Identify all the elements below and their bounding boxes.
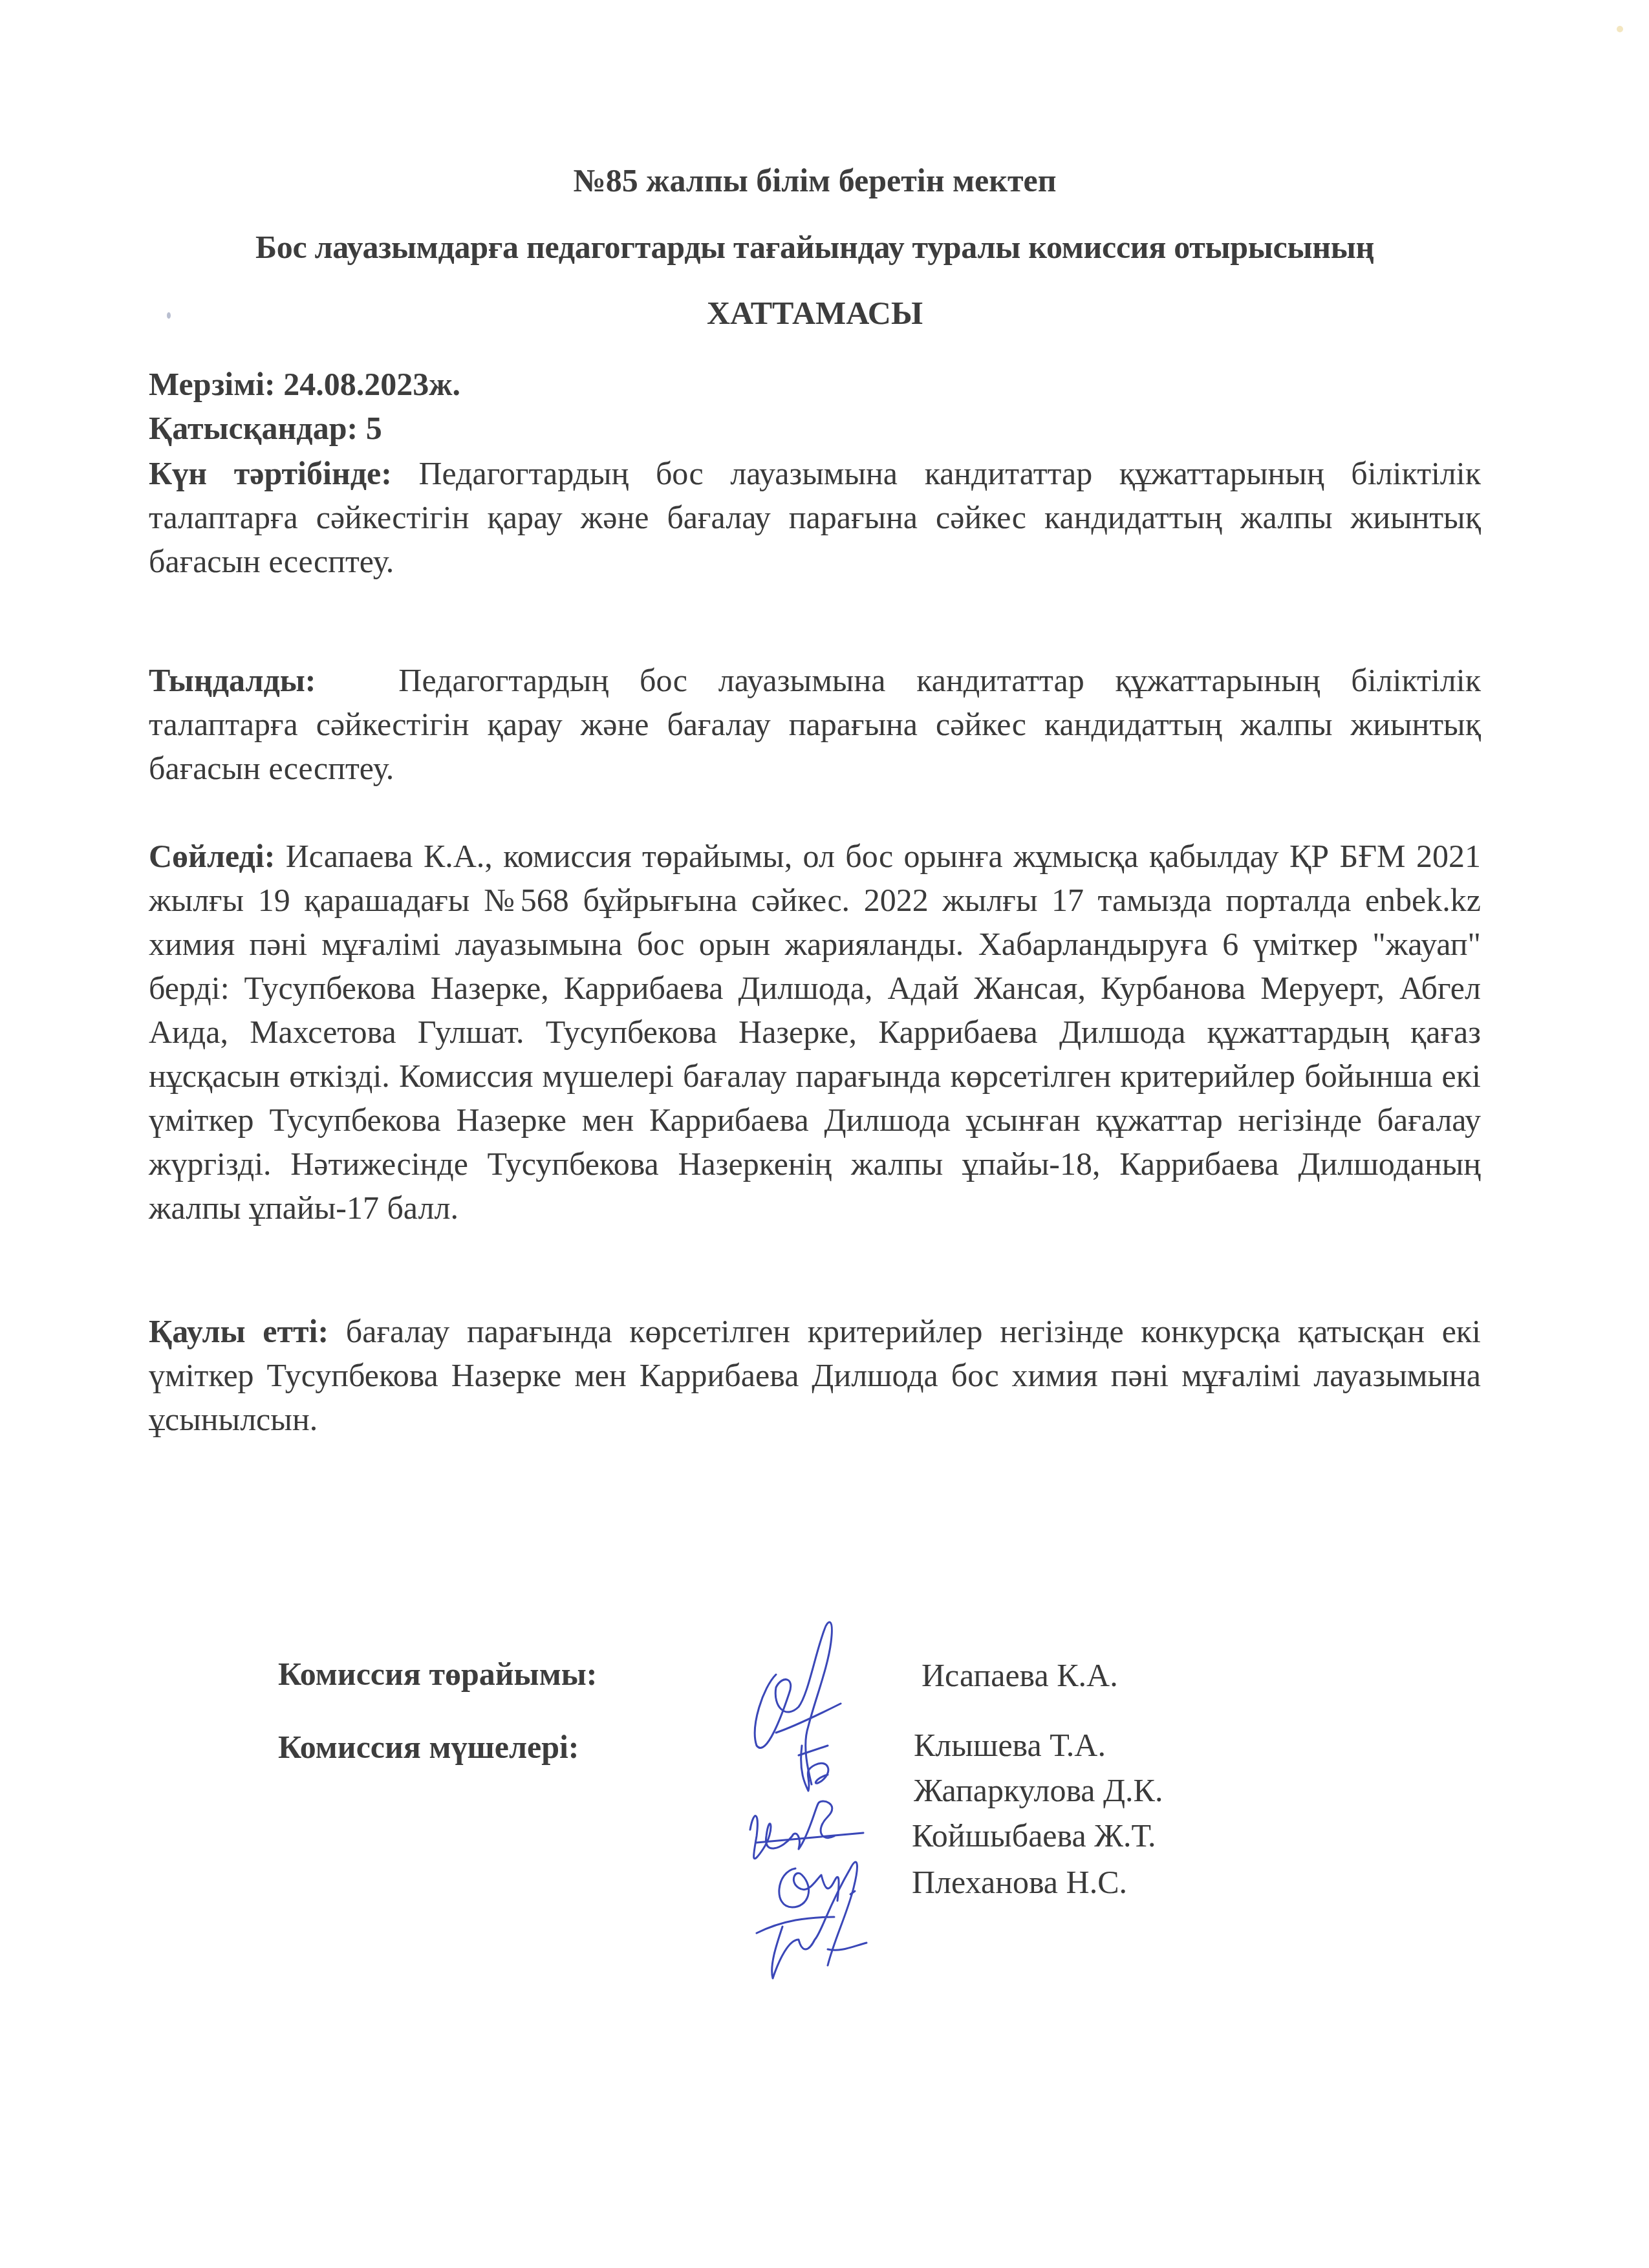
- spoke-text: Исапаева К.А., комиссия төрайымы, ол бос…: [149, 838, 1481, 1226]
- commission-title: Бос лауазымдарға педагогтарды тағайындау…: [149, 228, 1481, 266]
- member-name: Плеханова Н.С.: [912, 1863, 1127, 1901]
- date-label: Мерзімі:: [149, 366, 275, 402]
- heard-label: Тыңдалды:: [149, 662, 316, 698]
- participants-label: Қатысқандар:: [149, 410, 358, 446]
- member-name: Клышева Т.А.: [914, 1726, 1106, 1764]
- decided-paragraph: Қаулы етті: бағалау парағында көрсетілге…: [149, 1309, 1481, 1441]
- member-name: Жапаркулова Д.К.: [914, 1771, 1163, 1809]
- agenda-label: Күн тәртібінде:: [149, 455, 392, 491]
- date-value: 24.08.2023ж.: [283, 366, 460, 402]
- decided-text: бағалау парағында көрсетілген критерийле…: [149, 1313, 1481, 1437]
- members-label: Комиссия мүшелері:: [278, 1728, 579, 1766]
- signature-block: Комиссия төрайымы: Комиссия мүшелері: Ис…: [278, 1655, 1313, 1965]
- decided-label: Қаулы етті:: [149, 1313, 329, 1349]
- chair-name: Исапаева К.А.: [921, 1656, 1118, 1694]
- participants-value: 5: [366, 410, 382, 446]
- protocol-title: ХАТТАМАСЫ: [149, 294, 1481, 332]
- scan-speck: [167, 312, 171, 319]
- heard-paragraph: Тыңдалды: Педагогтардың бос лауазымына к…: [149, 658, 1481, 790]
- participants-line: Қатысқандар: 5: [149, 409, 382, 447]
- heard-text: Педагогтардың бос лауазымына кандитаттар…: [149, 662, 1481, 786]
- spoke-label: Сөйледі:: [149, 838, 275, 874]
- spoke-paragraph: Сөйледі: Исапаева К.А., комиссия төрайым…: [149, 834, 1481, 1230]
- date-line: Мерзімі: 24.08.2023ж.: [149, 365, 460, 403]
- agenda-paragraph: Күн тәртібінде: Педагогтардың бос лауазы…: [149, 451, 1481, 583]
- chair-label: Комиссия төрайымы:: [278, 1655, 597, 1693]
- member-name: Койшыбаева Ж.Т.: [912, 1817, 1156, 1854]
- school-title: №85 жалпы білім беретін мектеп: [149, 162, 1481, 199]
- scan-speck: [1617, 26, 1623, 32]
